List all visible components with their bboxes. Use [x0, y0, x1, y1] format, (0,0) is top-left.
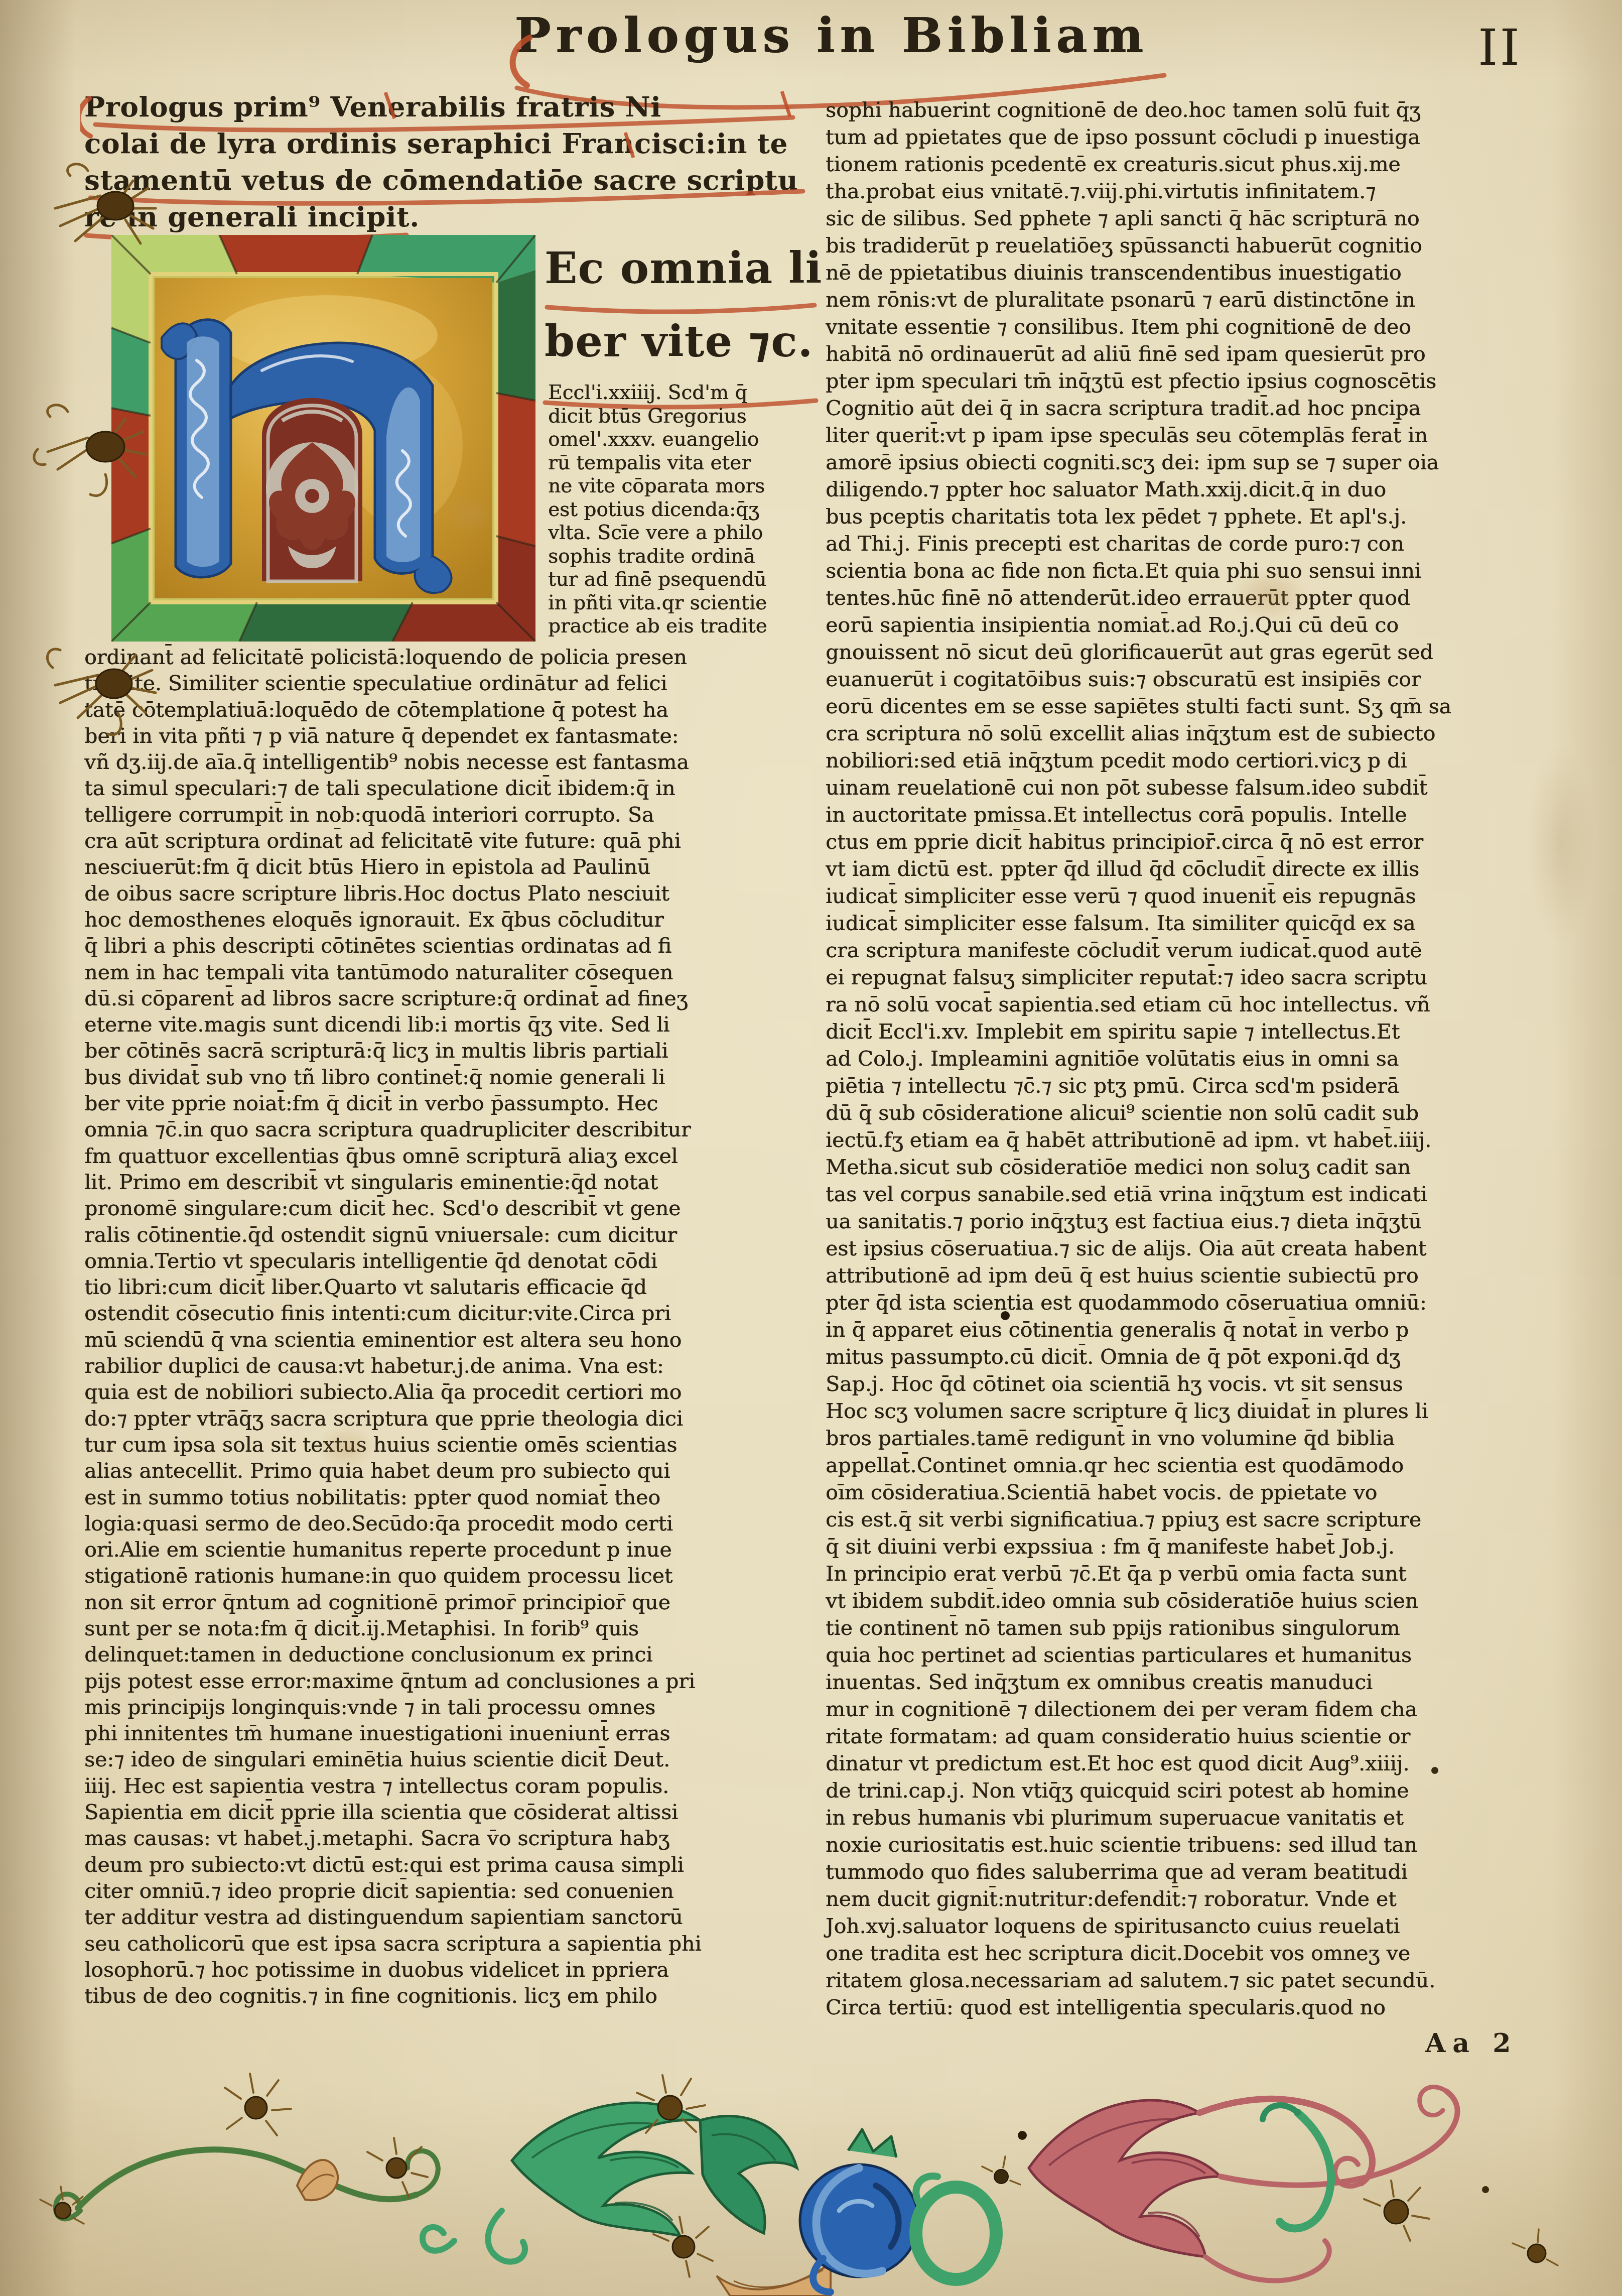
- text-line: cra scriptura nō solū excellit alias inq…: [826, 720, 1556, 747]
- text-line: bus dividat̄ sub vno tñ libro continet̄:…: [84, 1064, 820, 1090]
- left-column: ordinant̄ ad felicitatē policistā:loquen…: [84, 644, 820, 2009]
- text-line: seu catholicorū que est ipsa sacra scrip…: [84, 1931, 820, 1957]
- text-line: tur ad finē psequendū: [548, 568, 819, 592]
- text-line: se:⁊ ideo de singulari eminētia huius sc…: [84, 1746, 820, 1772]
- text-line: ordinant̄ ad felicitatē policistā:loquen…: [84, 644, 820, 670]
- text-line: ra nō solū vocat̄ sapientia.sed etiam cū…: [826, 991, 1556, 1018]
- folio-number: II: [1478, 18, 1522, 77]
- text-line: piētia ⁊ intellectu ⁊c̄.⁊ sic ptʒ pmū. C…: [826, 1072, 1556, 1099]
- text-line: tha.probat eius vnitatē.⁊.viij.phi.virtu…: [826, 178, 1556, 205]
- text-line: vlta. Scīe vere a philo: [548, 522, 819, 545]
- text-line: cis est.q̄ sit verbi significatiua.⁊ ppi…: [826, 1506, 1556, 1533]
- text-line: lit. Primo em describit̄ vt singularis e…: [84, 1169, 820, 1195]
- right-column: sophi habuerint cognitionē de deo.hoc ta…: [826, 96, 1556, 2021]
- text-line: bis tradiderūt p reuelatiōeʒ spūssancti …: [826, 232, 1556, 259]
- text-line: practice ab eis tradite: [548, 615, 819, 639]
- text-line: ua sanitatis.⁊ porio inq̄ʒtuʒ est factiu…: [826, 1208, 1556, 1235]
- text-line: nem in hac tempali vita tantūmodo natura…: [84, 959, 820, 985]
- text-line: amorē ipsius obiecti cogniti.scʒ dei: ip…: [826, 449, 1556, 476]
- text-line: stigationē rationis humane:in quo quidem…: [84, 1563, 820, 1589]
- text-line: omel'.xxxv. euangelio: [548, 428, 819, 452]
- text-line: deum pro subiecto:vt dictū est:qui est p…: [84, 1852, 820, 1878]
- text-line: Eccl'i.xxiiij. Scd'm q̄: [548, 381, 819, 405]
- text-line: tatē cōtemplatiuā:loquēdo de cōtemplatio…: [84, 697, 820, 723]
- text-line: tibus de deo cognitis.⁊ in fine cognitio…: [84, 1983, 820, 2009]
- text-line: tur cum ipsa sola sit textus huius scien…: [84, 1432, 820, 1458]
- narrow-column: Eccl'i.xxiiij. Scd'm q̄dicit btūs Gregor…: [548, 381, 819, 639]
- text-line: tas vel corpus sanabile.sed etiā vrina i…: [826, 1181, 1556, 1208]
- text-line: in pñti vita.qr scientie: [548, 592, 819, 615]
- text-line: mitus passumpto.cū dicit̄. Omnia de q̄ p…: [826, 1343, 1556, 1370]
- text-line: pter q̄d ista scientia est quodammodo cō…: [826, 1289, 1556, 1316]
- text-line: Cognitio aūt dei q̄ in sacra scriptura t…: [826, 395, 1556, 422]
- text-line: nē de ppietatibus diuinis transcendentib…: [826, 259, 1556, 286]
- text-line: tis vite. Similiter scientie speculatiue…: [84, 670, 820, 696]
- text-line: nem ducit gignit̄:nutritur:defendit̄:⁊ r…: [826, 1885, 1556, 1912]
- text-line: pronomē singulare:cum dicit̄ hec. Scd'o …: [84, 1195, 820, 1221]
- text-line: vñ dʒ.iij.de aīa.q̄ intelligentib⁹ nobis…: [84, 749, 820, 775]
- text-line: Joh.xvj.saluator loquens de spiritusanct…: [826, 1912, 1556, 1940]
- text-line: citer omniū.⁊ ideo proprie dicit̄ sapien…: [84, 1878, 820, 1904]
- text-line: mur in cognitionē ⁊ dilectionem dei per …: [826, 1696, 1556, 1723]
- heading-rubrication: [80, 88, 823, 244]
- text-line: in auctoritate pmissa.Et intellectus cor…: [826, 801, 1556, 828]
- text-line: appellat̄.Continet omnia.qr hec scientia…: [826, 1452, 1556, 1479]
- text-line: pijs potest esse error:maxime q̄ntum ad …: [84, 1668, 820, 1694]
- text-line: est potius dicenda:q̄ʒ: [548, 498, 819, 522]
- text-line: ctus em pprie dicit̄ habitus principior̄…: [826, 828, 1556, 855]
- text-line: tum ad ppietates que de ipso possunt cōc…: [826, 123, 1556, 151]
- text-line: ei repugnat falsuʒ simpliciter reputat̄:…: [826, 964, 1556, 991]
- text-line: est ipsius cōseruatiua.⁊ sic de alijs. O…: [826, 1235, 1556, 1262]
- text-line: rabilior duplici de causa:vt habetur.j.d…: [84, 1353, 820, 1379]
- margin-burr-ornament: [30, 397, 161, 507]
- text-line: de trini.cap.j. Non vtiq̄ʒ quicquid scir…: [826, 1777, 1556, 1804]
- text-line: oīm cōsideratiua.Scientiā habet vocis. d…: [826, 1479, 1556, 1506]
- text-line: phi innitentes tm̄ humane inuestigationi…: [84, 1720, 820, 1746]
- text-line: Hoc scʒ volumen sacre scripture q̄ licʒ …: [826, 1397, 1556, 1425]
- text-line: cra aūt scriptura ordinat̄ ad felicitatē…: [84, 828, 820, 854]
- text-line: nobiliori:sed etiā inq̄ʒtum pcedit modo …: [826, 747, 1556, 774]
- text-line: mis principijs longinquis:vnde ⁊ in tali…: [84, 1694, 820, 1720]
- margin-burr-ornament: [38, 637, 168, 743]
- initial-artwork: [111, 235, 535, 642]
- text-line: ter additur vestra ad distinguendum sapi…: [84, 1904, 820, 1930]
- text-line: uinam reuelationē cui non pōt subesse fa…: [826, 774, 1556, 801]
- text-line: pter ipm speculari tm̄ inq̄ʒtū est pfect…: [826, 367, 1556, 395]
- text-line: omnia.Tertio vt specularis intelligentie…: [84, 1248, 820, 1274]
- text-line: euanuerūt i cogitatōibus suis:⁊ obscurat…: [826, 666, 1556, 693]
- text-line: eorū sapientia insipientia nomiat̄.ad Ro…: [826, 611, 1556, 639]
- text-line: in q̄ apparet eius cōtinentia generalis …: [826, 1316, 1556, 1343]
- text-line: ori.Alie em scientie humanitus reperte p…: [84, 1537, 820, 1563]
- text-line: ralis cōtinentie.q̄d ostendit signū vniu…: [84, 1222, 820, 1248]
- text-line: eorū dicentes em se esse sapiētes stulti…: [826, 693, 1556, 720]
- text-line: sunt per se nota:fm q̄ dicit̄.ij.Metaphi…: [84, 1615, 820, 1641]
- text-line: vt ibidem subdit̄.ideo omnia sub cōsider…: [826, 1587, 1556, 1614]
- text-line: sophis tradite ordinā: [548, 545, 819, 569]
- text-line: mas causas: vt habet̄.j.metaphi. Sacra v…: [84, 1825, 820, 1851]
- text-line: losophorū.⁊ hoc potissime in duobus vide…: [84, 1957, 820, 1983]
- text-line: de oibus sacre scripture libris.Hoc doct…: [84, 880, 820, 907]
- text-line: Sapientia em dicit̄ pprie illa scientia …: [84, 1799, 820, 1825]
- text-line: diligendo.⁊ ppter hoc saluator Math.xxij…: [826, 476, 1556, 503]
- text-line: est in summo totius nobilitatis: ppter q…: [84, 1484, 820, 1510]
- text-line: ostendit cōsecutio finis intenti:cum dic…: [84, 1300, 820, 1326]
- text-line: beri in vita pñti ⁊ p viā nature q̄ depe…: [84, 723, 820, 749]
- text-line: logia:quasi sermo de deo.Secūdo:q̄a proc…: [84, 1510, 820, 1537]
- text-line: dicit btūs Gregorius: [548, 405, 819, 429]
- text-line: do:⁊ ppter vtrāq̄ʒ sacra scriptura que p…: [84, 1406, 820, 1432]
- text-line: ber cōtinēs sacrā scripturā:q̄ licʒ in m…: [84, 1038, 820, 1064]
- text-line: one tradita est hec scriptura dicit.Doce…: [826, 1940, 1556, 1967]
- text-line: mū sciendū q̄ vna scientia eminentior es…: [84, 1327, 820, 1353]
- text-line: tummodo quo fides saluberrima que ad ver…: [826, 1858, 1556, 1885]
- text-line: ritatem glosa.necessariam ad salutem.⁊ s…: [826, 1967, 1556, 1994]
- text-line: ta simul speculari:⁊ de tali speculation…: [84, 775, 820, 801]
- text-line: liter querit̄:vt p ipam ipse speculās se…: [826, 422, 1556, 449]
- text-line: In principio erat verbū ⁊c̄.Et q̄a p ver…: [826, 1560, 1556, 1587]
- text-line: tio libri:cum dicit̄ liber.Quarto vt sal…: [84, 1274, 820, 1300]
- text-line: nem rōnis:vt de pluralitate psonarū ⁊ ea…: [826, 286, 1556, 313]
- text-line: tentes.hūc finē nō attenderūt.ideo errau…: [826, 584, 1556, 611]
- text-line: dū.si cōparent̄ ad libros sacre scriptur…: [84, 985, 820, 1011]
- text-line: inuentas. Sed inq̄ʒtum ex omnibus creati…: [826, 1669, 1556, 1696]
- text-line: nesciuerūt:fm q̄ dicit btūs Hiero in epi…: [84, 854, 820, 880]
- text-line: gnouissent nō sicut deū glorificauerūt a…: [826, 639, 1556, 666]
- text-line: dū q̄ sub cōsideratione alicui⁹ scientie…: [826, 1099, 1556, 1126]
- text-line: sic de silibus. Sed pphete ⁊ apli sancti…: [826, 205, 1556, 232]
- text-line: iudicat̄ simpliciter esse falsum. Ita si…: [826, 910, 1556, 937]
- text-line: iudicat̄ simpliciter esse verū ⁊ quod in…: [826, 882, 1556, 910]
- text-line: fm quattuor excellentias q̄bus omnē scri…: [84, 1143, 820, 1169]
- text-line: non sit error q̄ntum ad cognitionē primo…: [84, 1589, 820, 1615]
- text-line: dicit̄ Eccl'i.xv. Implebit em spiritu sa…: [826, 1018, 1556, 1045]
- text-line: ber vite pprie noiat̄:fm q̄ dicit̄ in ve…: [84, 1090, 820, 1116]
- text-line: bros partiales.tamē redigunt̄ in vno vol…: [826, 1425, 1556, 1452]
- text-line: in rebus humanis vbi plurimum superuacue…: [826, 1804, 1556, 1831]
- signature-mark: Aa 2: [1425, 2028, 1518, 2059]
- text-line: dinatur vt predictum est.Et hoc est quod…: [826, 1750, 1556, 1777]
- text-line: ad Colo.j. Impleamini agnitiōe volūtatis…: [826, 1045, 1556, 1072]
- text-line: tie continent̄ nō tamen sub ppijs ration…: [826, 1614, 1556, 1641]
- text-line: habitā nō ordinauerūt ad aliū finē sed i…: [826, 340, 1556, 367]
- text-line: q̄ libri a phis descripti cōtinētes scie…: [84, 933, 820, 959]
- bottom-floral-border: [0, 2060, 1622, 2296]
- text-line: quia est de nobiliori subiecto.Alia q̄a …: [84, 1379, 820, 1405]
- text-line: bus pceptis charitatis tota lex pēdet ⁊ …: [826, 503, 1556, 530]
- text-line: Metha.sicut sub cōsideratiōe medici non …: [826, 1154, 1556, 1181]
- text-line: telligere corrumpit̄ in nob:quodā interi…: [84, 802, 820, 828]
- text-line: alias antecellit. Primo quia habet deum …: [84, 1458, 820, 1484]
- text-line: vnitate essentie ⁊ consilibus. Item phi …: [826, 313, 1556, 340]
- text-line: hoc demosthenes eloquēs ignorauit. Ex q̄…: [84, 907, 820, 933]
- text-line: Sap.j. Hoc q̄d cōtinet oia scientiā hʒ v…: [826, 1370, 1556, 1397]
- text-line: iiij. Hec est sapientia vestra ⁊ intelle…: [84, 1773, 820, 1799]
- margin-burr-ornament: [40, 161, 171, 261]
- text-line: sophi habuerint cognitionē de deo.hoc ta…: [826, 96, 1556, 123]
- illuminated-initial-N: [111, 235, 535, 642]
- text-line: cra scriptura manifeste cōcludit̄ verum …: [826, 937, 1556, 964]
- text-line: delinquet:tamen in deductione conclusion…: [84, 1641, 820, 1668]
- text-line: rū tempalis vita eter: [548, 452, 819, 475]
- text-line: iectū.fʒ etiam ea q̄ habēt attributionē …: [826, 1126, 1556, 1154]
- text-line: scientia bona ac fide non ficta.Et quia …: [826, 557, 1556, 584]
- incunabulum-page: Prologus in Bibliam II Prologus prim⁹ Ve…: [0, 0, 1622, 2296]
- text-line: noxie curiositatis est.huic scientie tri…: [826, 1831, 1556, 1858]
- text-line: quia hoc pertinet ad scientias particula…: [826, 1641, 1556, 1669]
- text-line: q̄ sit diuini verbi expssiua : fm q̄ man…: [826, 1533, 1556, 1560]
- text-line: eterne vite.magis sunt dicendi lib:i mor…: [84, 1011, 820, 1038]
- text-line: ne vite cōparata mors: [548, 475, 819, 498]
- text-line: ritate formatam: ad quam consideratio hu…: [826, 1723, 1556, 1750]
- text-line: vt iam dictū est. ppter q̄d illud q̄d cō…: [826, 855, 1556, 882]
- text-line: omnia ⁊c̄.in quo sacra scriptura quadrup…: [84, 1116, 820, 1142]
- text-line: attributionē ad ipm deū q̄ est huius sci…: [826, 1262, 1556, 1289]
- text-line: tionem rationis pcedentē ex creaturis.si…: [826, 151, 1556, 178]
- text-line: ad Thi.j. Finis precepti est charitas de…: [826, 530, 1556, 557]
- text-line: Circa tertiū: quod est intelligentia spe…: [826, 1994, 1556, 2021]
